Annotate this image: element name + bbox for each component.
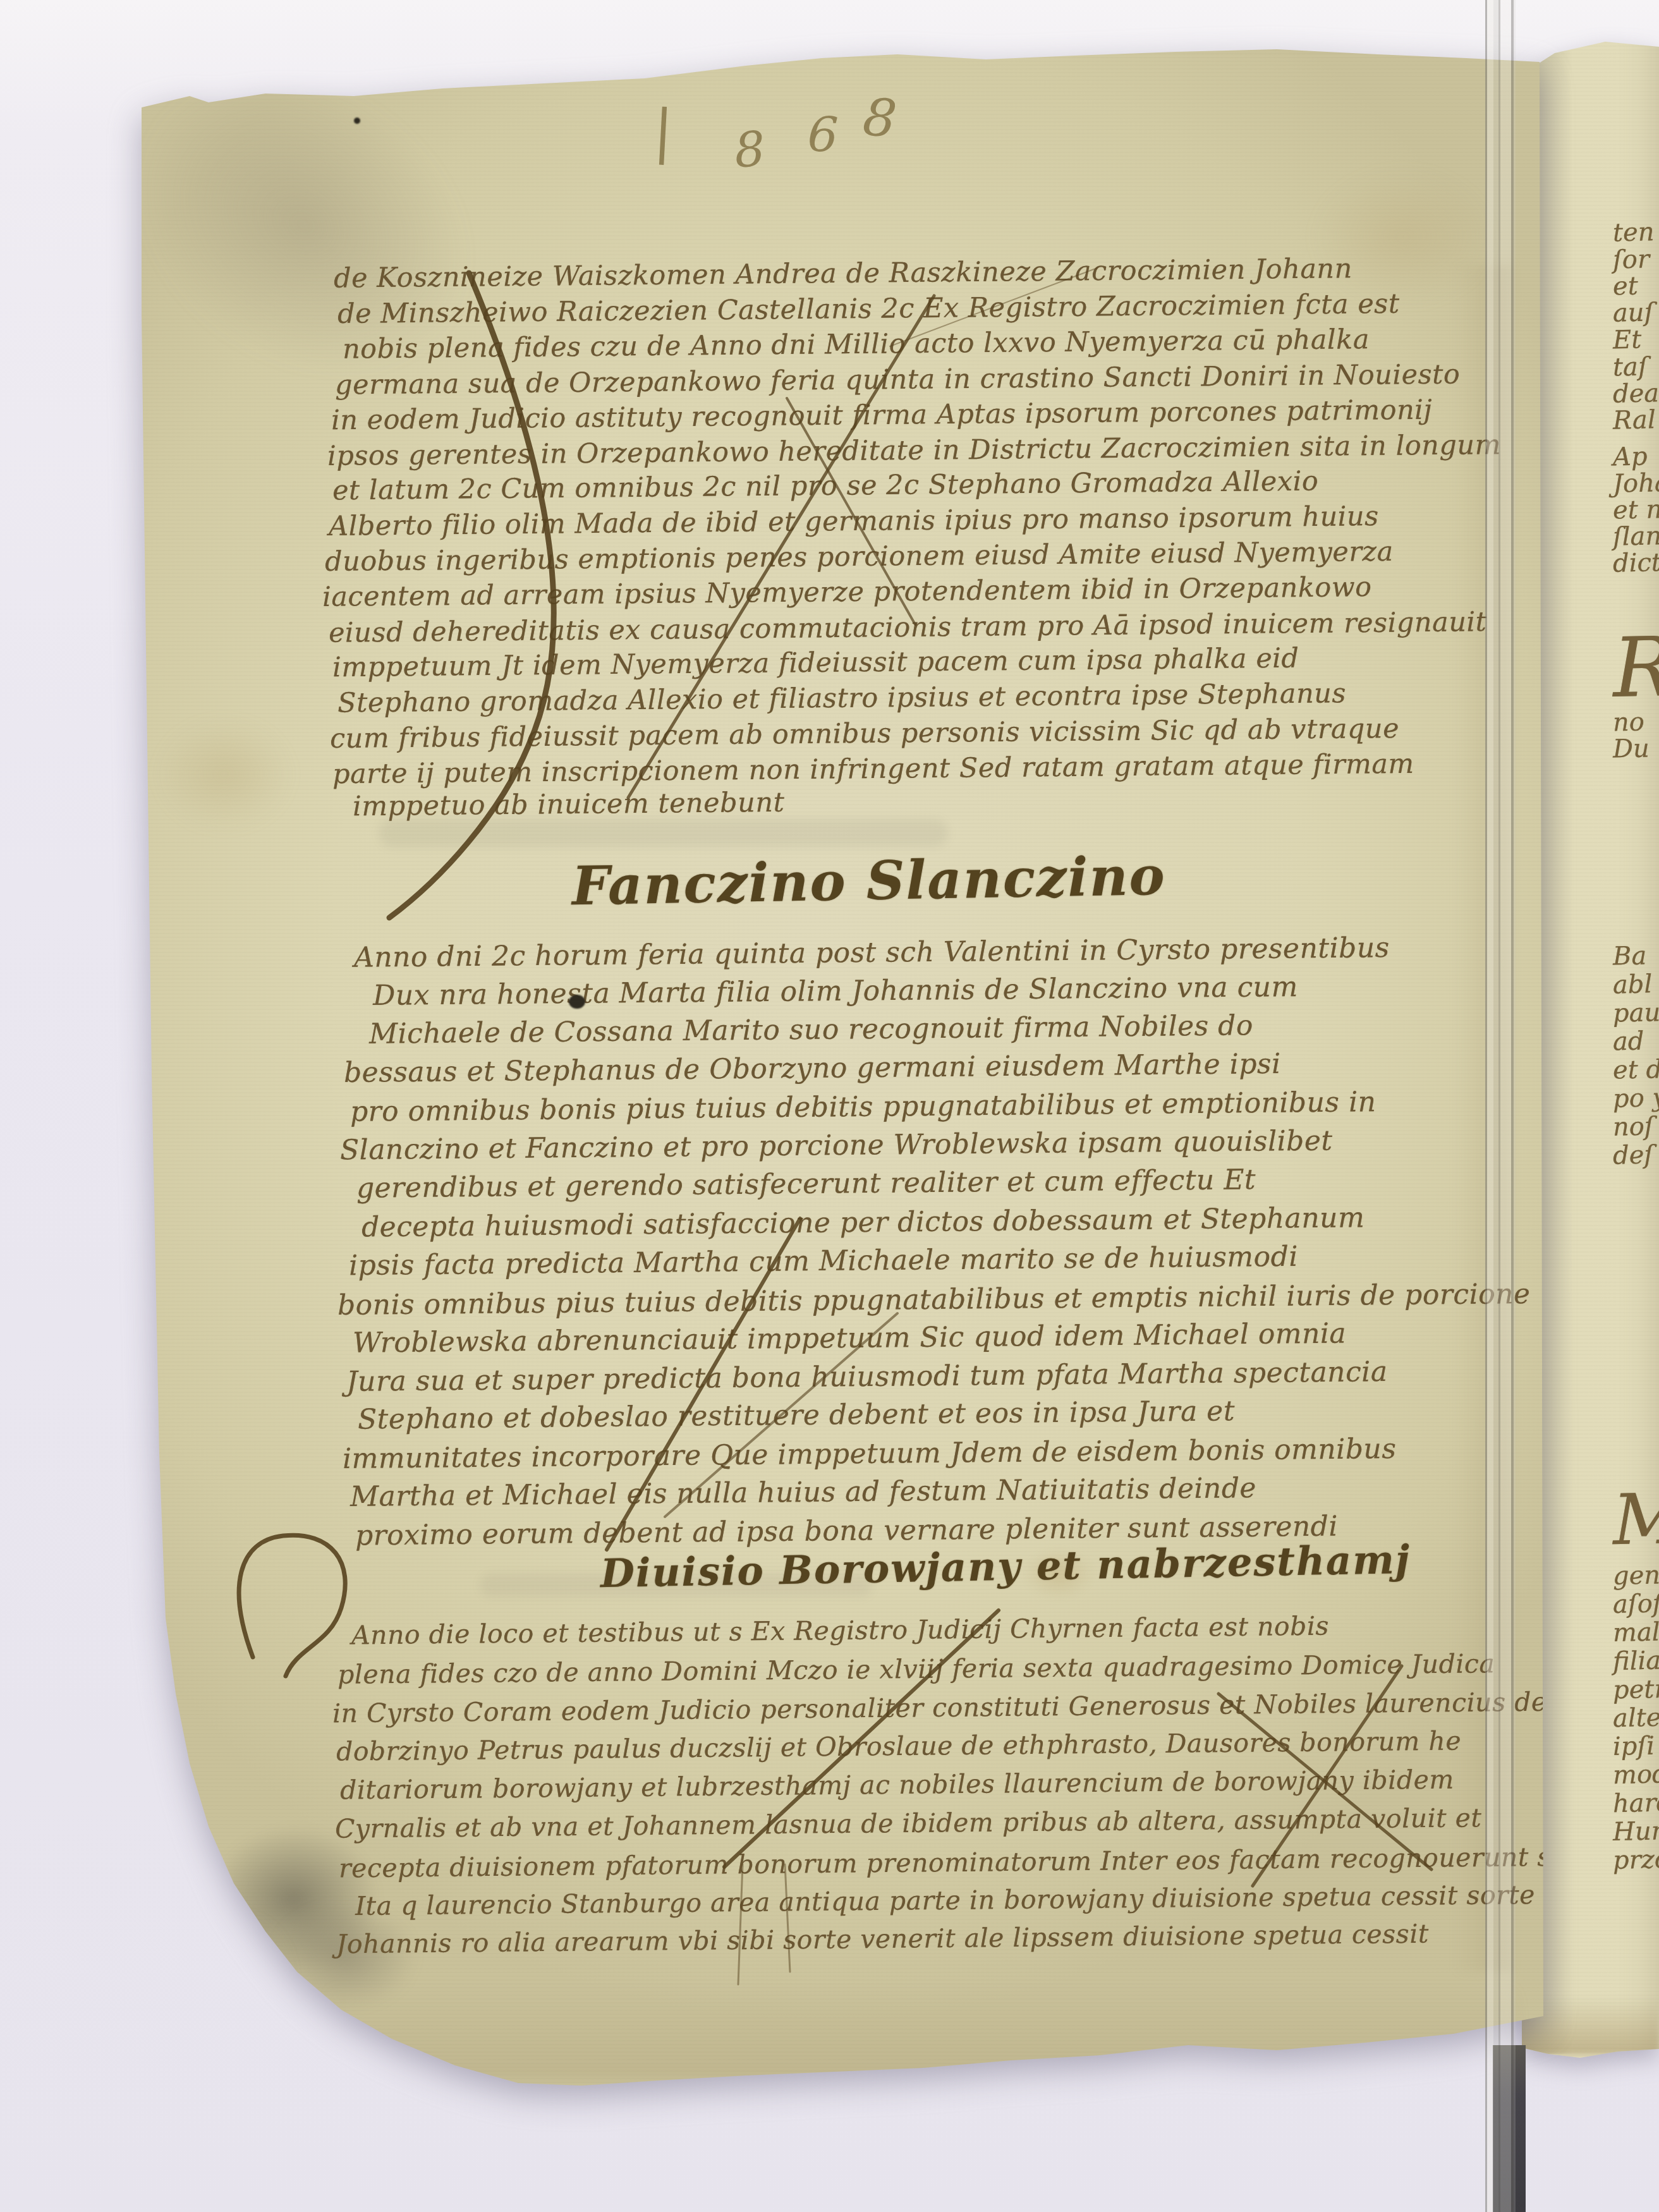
text-line: ditariorum borowjany et lubrzesthamj ac … — [340, 1765, 1454, 1806]
text-line: Alberto filio olim Mada de ibid et germa… — [329, 501, 1379, 542]
folio-digit: | — [652, 97, 675, 165]
cancellation-stroke — [1218, 1694, 1431, 1869]
text-line: germana sua de Orzepankowo feria quinta … — [335, 358, 1461, 401]
ink-speck — [354, 118, 360, 124]
text-line: de Kosznineize Waiszkomen Andrea de Rasz… — [334, 253, 1352, 294]
hairline-stroke — [890, 268, 1097, 346]
text-line: Cyrnalis et ab vna et Johannem lasnua de… — [335, 1802, 1482, 1844]
text-line: Wroblewska abrenunciauit imppetuum Sic q… — [353, 1317, 1347, 1359]
text-line: recepta diuisionem pfatorum bonorum pren… — [339, 1840, 1659, 1884]
text-line: bonis omnibus pius tuius debitis ppugnat… — [337, 1278, 1531, 1322]
descender-stroke — [785, 1864, 790, 1972]
text-line: ipsis facta predicta Martha cum Michaele… — [349, 1241, 1298, 1282]
text-line: et latum 2c Cum omnibus 2c nil pro se 2c… — [332, 466, 1319, 507]
cancellation-stroke — [724, 1610, 999, 1867]
text-line: Ita q laurencio Stanburgo area antiqua p… — [355, 1880, 1535, 1921]
text-line: imppetuo ab inuicem tenebunt — [353, 787, 785, 823]
text-line: iacentem ad arream ipsius Nyemyerze prot… — [322, 571, 1372, 613]
text-line: de Minszheiwo Raiczezien Castellanis 2c … — [337, 288, 1400, 330]
text-line: Slanczino et Fanczino et pro porcione Wr… — [340, 1124, 1333, 1166]
descender-stroke — [738, 1864, 743, 1984]
margin-flourish — [239, 1535, 345, 1676]
text-line: bessaus et Stephanus de Oborzyno germani… — [344, 1048, 1281, 1089]
water-stain — [81, 14, 526, 435]
text-line: proximo eorum debent ad ipsa bona vernar… — [355, 1510, 1338, 1552]
foxing-stain — [1315, 171, 1492, 303]
bleedthrough-shadow — [379, 819, 948, 847]
cancellation-stroke — [665, 1313, 897, 1517]
text-line: Martha et Michael eis nulla huius ad fes… — [350, 1472, 1256, 1513]
section-heading-2: Diuisio Borowjany et nabrzesthamj — [600, 1536, 1411, 1596]
text-line: parte ij putem inscripcionem non infring… — [332, 748, 1414, 790]
text-line: imppetuum Jt idem Nyemyerza fideiussit p… — [332, 643, 1299, 684]
foxing-spot — [1024, 1548, 1093, 1599]
section-heading-1: Fanczino Slanczino — [571, 844, 1166, 917]
text-line: Johannis ro alia arearum vbi sibi sorte … — [336, 1919, 1429, 1960]
text-line: cum fribus fideiussit pacem ab omnibus p… — [330, 713, 1400, 755]
text-line: ipsos gerentes in Orzepankowo hereditate… — [327, 429, 1501, 472]
text-line: in Cyrsto Coram eodem Judicio personalit… — [332, 1687, 1547, 1729]
text-line: dobrzinyo Petrus paulus duczslij et Obro… — [336, 1725, 1461, 1766]
cancellation-stroke — [628, 296, 934, 798]
bleedthrough-shadow — [480, 1574, 872, 1596]
bottom-edge-browning — [329, 1984, 1517, 2079]
grime-stain — [272, 1902, 417, 2010]
text-line: gerendibus et gerendo satisfecerunt real… — [356, 1164, 1256, 1205]
folio-digit: 8 — [860, 87, 899, 150]
text-line: plena fides czo de anno Domini Mczo ie x… — [337, 1648, 1495, 1690]
text-line: pro omnibus bonis pius tuius debitis ppu… — [350, 1086, 1376, 1128]
folio-digit: 6 — [806, 106, 839, 163]
photograph-backdrop: tenſoretauſEttaſdeaRalApJohaet nſlandict… — [0, 0, 1659, 2212]
grime-stain — [185, 1915, 292, 2035]
text-line: decepta huiusmodi satisfaccione per dict… — [362, 1201, 1365, 1243]
text-line: nobis plena fides czu de Anno dni Millio… — [343, 324, 1370, 365]
glass-rod — [1485, 0, 1516, 2212]
cancellation-stroke — [787, 398, 915, 624]
manuscript-page: |868 de Kosznineize Waiszkomen Andrea de… — [0, 0, 1659, 2212]
foxing-stain — [158, 720, 291, 828]
cancellation-stroke — [1253, 1666, 1402, 1886]
cancellation-strokes — [0, 0, 1659, 2212]
grime-stain — [209, 1826, 379, 1972]
text-line: Stephano gromadza Allexio et filiastro i… — [337, 678, 1346, 719]
text-line: Jura sua et super predicta bona huiusmod… — [346, 1356, 1388, 1398]
text-line: Anno die loco et testibus ut s Ex Regist… — [351, 1611, 1329, 1651]
folio-digit: 8 — [732, 120, 767, 178]
text-line: Dux nra honesta Marta filia olim Johanni… — [373, 971, 1298, 1012]
text-line: Stephano et dobeslao restituere debent e… — [358, 1395, 1235, 1435]
text-line: duobus ingeribus emptionis penes porcion… — [325, 536, 1394, 578]
text-line: Anno dni 2c horum feria quinta post sch … — [354, 932, 1390, 974]
manuscript-sheet: |868 de Kosznineize Waiszkomen Andrea de… — [0, 0, 1659, 2212]
text-line: eiusd dehereditatis ex causa commutacion… — [329, 606, 1487, 649]
text-line: Michaele de Cossana Marito suo recognoui… — [369, 1009, 1253, 1050]
text-line: immunitates incorporare Que imppetuum Jd… — [343, 1433, 1397, 1475]
cancellation-stroke — [607, 1218, 800, 1550]
ink-blot — [569, 995, 585, 1009]
cancellation-stroke — [389, 273, 554, 918]
text-line: in eodem Judicio astituty recognouit fir… — [331, 394, 1433, 437]
